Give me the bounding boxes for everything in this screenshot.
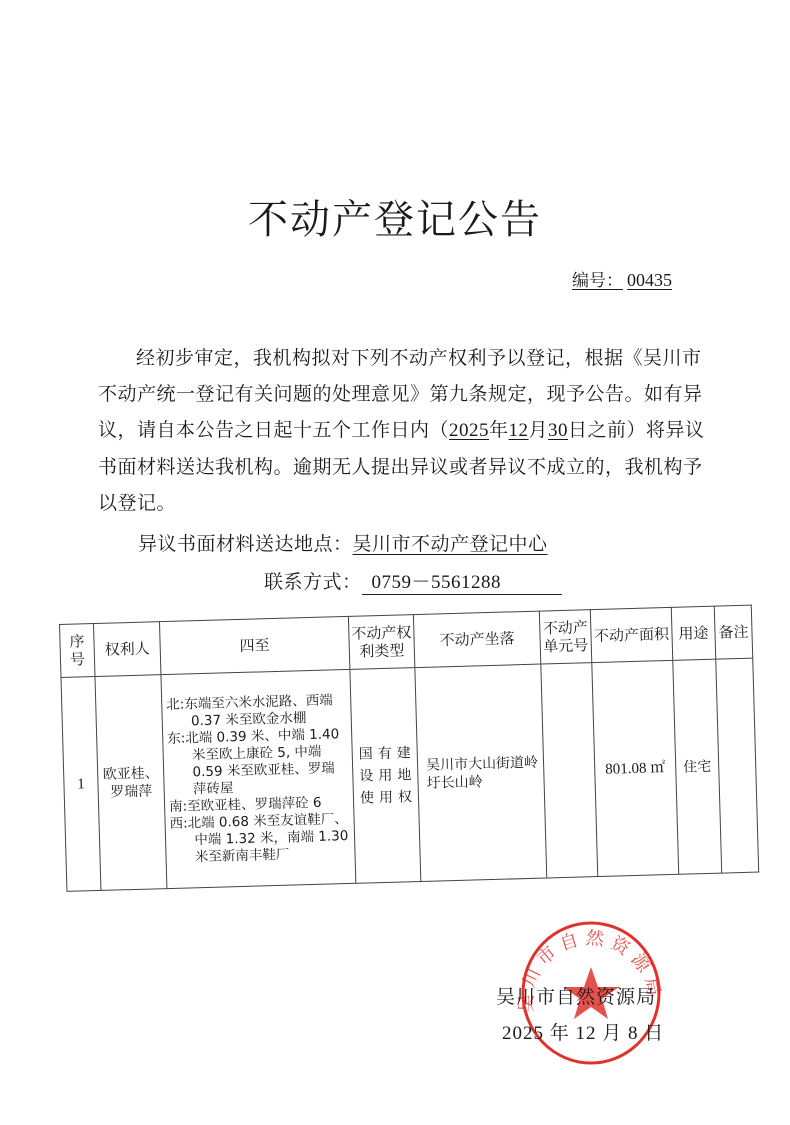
header-boundaries: 四至 — [159, 616, 349, 674]
document-number-label: 编号： — [572, 271, 623, 291]
deadline-day: 30 — [548, 420, 568, 441]
year-label: 年 — [489, 419, 509, 441]
header-remarks: 备注 — [714, 605, 752, 659]
cell-location: 吴川市大山街道岭圩长山岭 — [415, 664, 547, 881]
boundary-east: 东:北端 0.39 米、中端 1.40 米至欧上康砼 5, 中端 0.59 米至… — [167, 725, 349, 798]
cell-right-type: 国有建设用地使用权 — [350, 668, 421, 884]
cell-owner: 欧亚桂、罗瑞萍 — [95, 675, 167, 891]
page-title: 不动产登记公告 — [0, 188, 790, 245]
cell-boundaries: 北:东端至六米水泥路、西端0.37 米至欧金水棚 东:北端 0.39 米、中端 … — [161, 669, 356, 888]
deadline-year: 2025 — [449, 420, 489, 441]
header-owner: 权利人 — [94, 622, 161, 677]
document-number-value: 00435 — [627, 270, 672, 290]
boundary-west: 西:北端 0.68 米至友谊鞋厂、中端 1.32 米，南端 1.30 米至新南丰… — [169, 810, 350, 866]
header-unit-number: 不动产单元号 — [539, 610, 591, 664]
table-row: 1 欧亚桂、罗瑞萍 北:东端至六米水泥路、西端0.37 米至欧金水棚 东:北端 … — [61, 658, 759, 891]
month-label: 月 — [529, 419, 549, 441]
notice-body: 经初步审定，我机构拟对下列不动产权利予以登记，根据《吴川市不动产统一登记有关问题… — [98, 340, 718, 521]
header-right-type: 不动产权利类型 — [348, 615, 414, 670]
header-area: 不动产面积 — [590, 607, 672, 662]
cell-remarks — [716, 658, 759, 873]
contact-info: 联系方式：0759－5561288 — [264, 567, 562, 595]
objection-address: 异议书面材料送达地点：吴川市不动产登记中心 — [138, 529, 548, 556]
issuer-name: 吴川市自然资源局 — [496, 982, 656, 1009]
contact-phone: 0759－5561288 — [362, 572, 562, 595]
objection-address-value: 吴川市不动产登记中心 — [353, 533, 548, 555]
cell-usage: 住宅 — [673, 659, 722, 874]
header-usage: 用途 — [671, 606, 715, 660]
deadline-month: 12 — [509, 420, 529, 441]
cell-area: 801.08 ㎡ — [592, 660, 679, 876]
header-location: 不动产坐落 — [413, 611, 540, 667]
document-number: 编号：00435 — [572, 266, 672, 291]
objection-address-label: 异议书面材料送达地点： — [138, 533, 353, 555]
contact-label: 联系方式： — [264, 571, 362, 593]
issue-date: 2025 年 12 月 8 日 — [502, 1018, 664, 1045]
header-index: 序号 — [60, 624, 95, 678]
cell-unit-number — [541, 663, 598, 878]
boundary-north: 北:东端至六米水泥路、西端0.37 米至欧金水棚 — [166, 692, 347, 731]
property-table: 序号 权利人 四至 不动产权利类型 不动产坐落 不动产单元号 不动产面积 用途 … — [59, 605, 758, 892]
